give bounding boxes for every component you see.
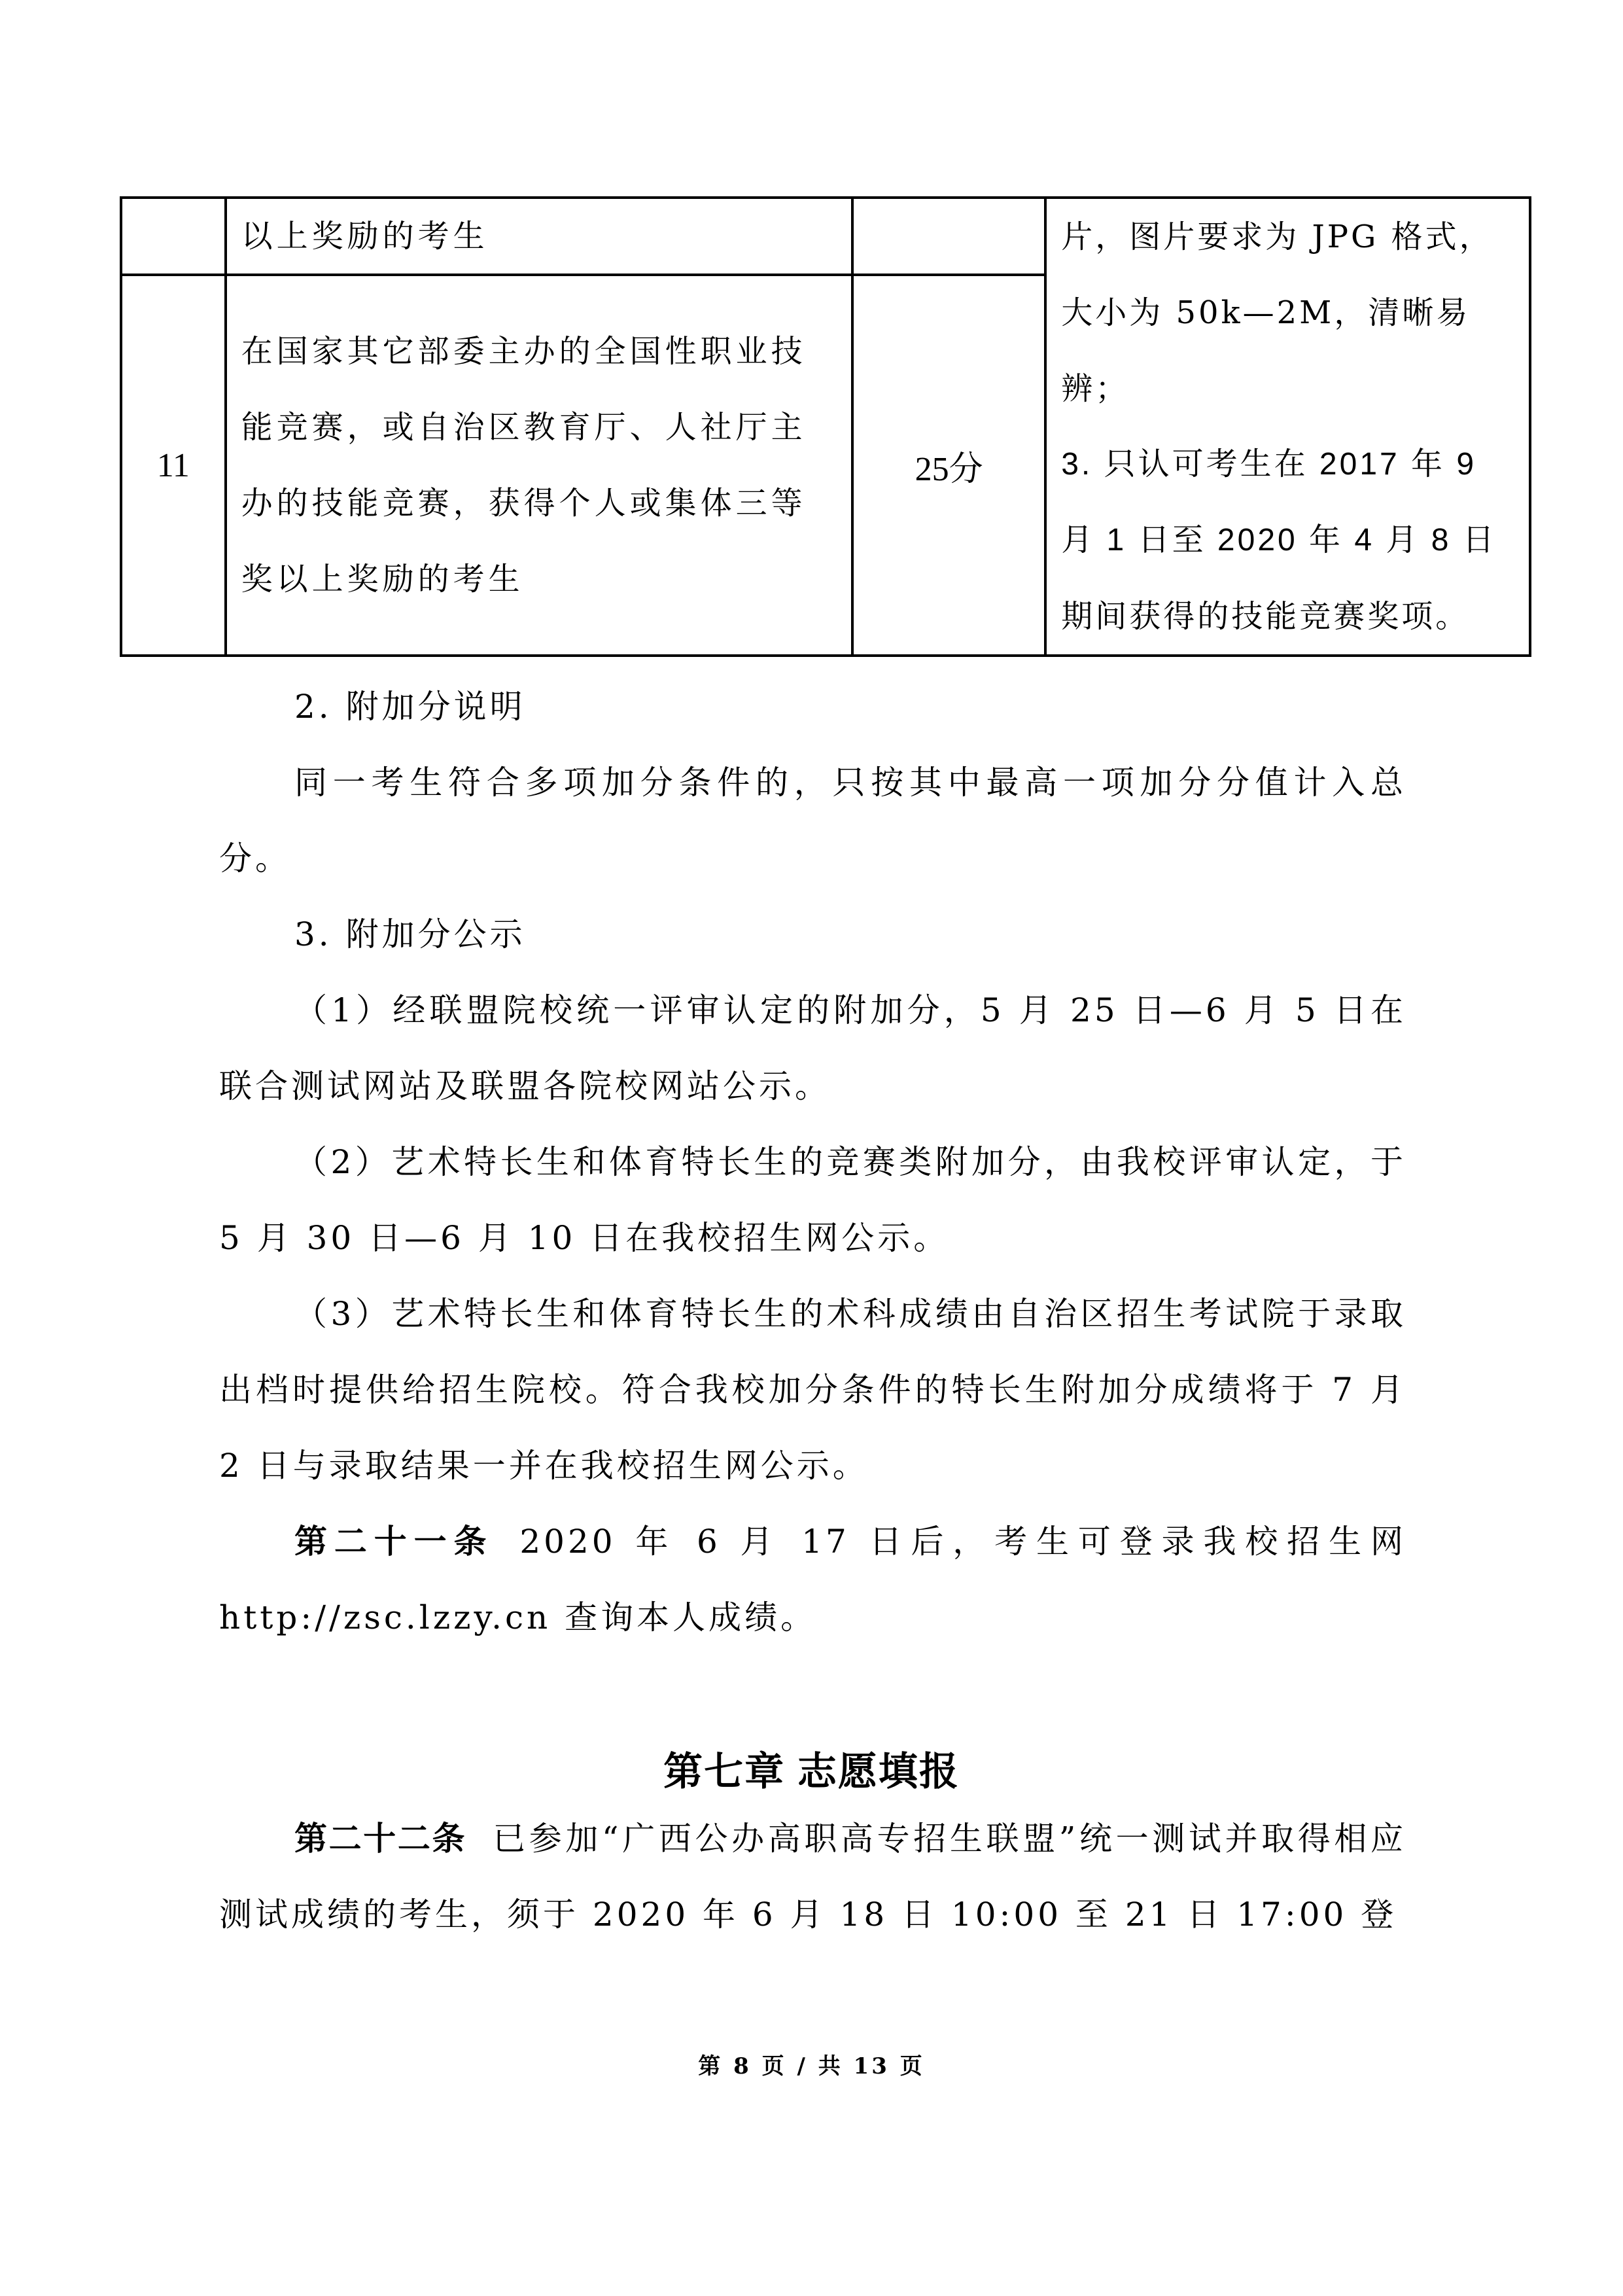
article-22-block: 第二十二条已参加“广西公办高职高专招生联盟”统一测试并取得相应测试成绩的考生，须…	[219, 1801, 1406, 1952]
section-bonus-explanation: 2. 附加分说明 同一考生符合多项加分条件的，只按其中最高一项加分分值计入总分。…	[219, 669, 1406, 1655]
notes-line: 月 1 日至 2020 年 4 月 8 日	[1061, 503, 1514, 578]
score-cell: 25分	[852, 275, 1045, 656]
row-number-cell	[121, 198, 226, 275]
condition-cell: 在国家其它部委主办的全国性职业技能竞赛，或自治区教育厅、人社厅主办的技能竞赛，获…	[226, 275, 853, 656]
notes-cell: 片，图片要求为 JPG 格式， 大小为 50k—2M，清晰易 辨； 3. 只认可…	[1045, 198, 1530, 656]
section-heading: 2. 附加分说明	[219, 669, 1406, 745]
notes-line: 3. 只认可考生在 2017 年 9	[1061, 427, 1514, 503]
bonus-score-table: 以上奖励的考生 片，图片要求为 JPG 格式， 大小为 50k—2M，清晰易 辨…	[120, 196, 1531, 657]
condition-cell: 以上奖励的考生	[226, 198, 853, 275]
notes-line: 辨；	[1061, 351, 1514, 427]
article-label: 第二十二条	[294, 1820, 466, 1857]
score-cell	[852, 198, 1045, 275]
paragraph: （1）经联盟院校统一评审认定的附加分，5 月 25 日—6 月 5 日在联合测试…	[219, 972, 1406, 1124]
notes-line: 片，图片要求为 JPG 格式，	[1061, 199, 1514, 275]
page-footer: 第 8 页 / 共 13 页	[0, 2048, 1623, 2080]
paragraph: （2）艺术特长生和体育特长生的竞赛类附加分，由我校评审认定，于 5 月 30 日…	[219, 1124, 1406, 1276]
notes-line: 大小为 50k—2M，清晰易	[1061, 275, 1514, 351]
row-number-cell: 11	[121, 275, 226, 656]
article-22: 第二十二条已参加“广西公办高职高专招生联盟”统一测试并取得相应测试成绩的考生，须…	[219, 1801, 1406, 1952]
notes-line: 期间获得的技能竞赛奖项。	[1061, 578, 1514, 654]
chapter-title: 第七章 志愿填报	[0, 1740, 1623, 1797]
article-21: 第二十一条2020 年 6 月 17 日后，考生可登录我校招生网 http://…	[219, 1504, 1406, 1655]
table-row: 以上奖励的考生 片，图片要求为 JPG 格式， 大小为 50k—2M，清晰易 辨…	[121, 198, 1530, 275]
section-heading: 3. 附加分公示	[219, 896, 1406, 972]
article-label: 第二十一条	[294, 1523, 493, 1560]
paragraph: （3）艺术特长生和体育特长生的术科成绩由自治区招生考试院于录取出档时提供给招生院…	[219, 1276, 1406, 1504]
document-page: 以上奖励的考生 片，图片要求为 JPG 格式， 大小为 50k—2M，清晰易 辨…	[0, 0, 1623, 2296]
paragraph: 同一考生符合多项加分条件的，只按其中最高一项加分分值计入总分。	[219, 745, 1406, 896]
